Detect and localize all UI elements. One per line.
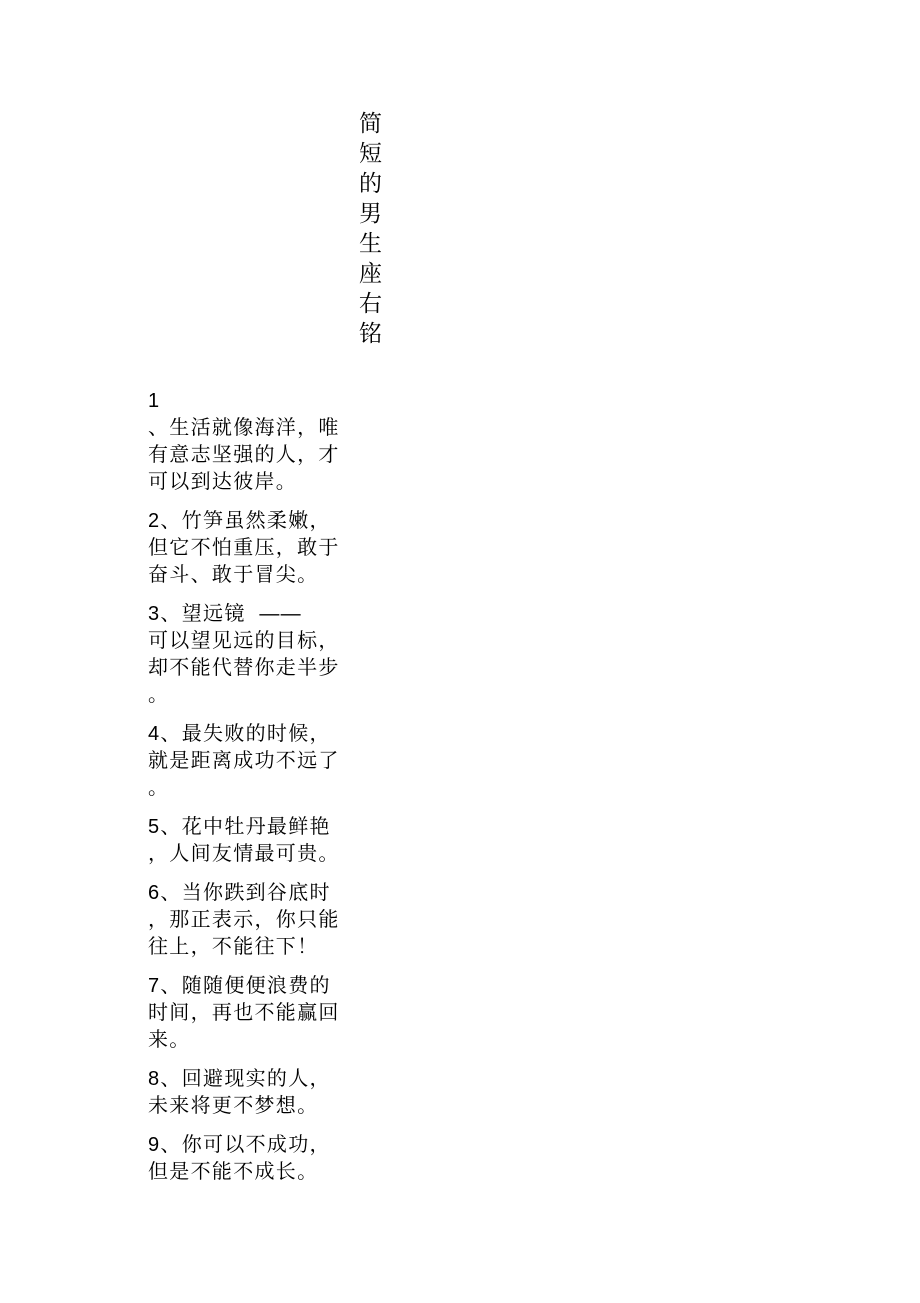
title-char: 的 [359, 168, 385, 198]
motto-line: 。 [148, 775, 388, 802]
motto-line: 就是距离成功不远了 [148, 748, 388, 775]
motto-item-5: 5、花中牡丹最鲜艳，人间友情最可贵。 [148, 814, 388, 868]
title-char: 简 [359, 108, 385, 138]
motto-item-7: 7、随随便便浪费的时间，再也不能赢回来。 [148, 973, 388, 1054]
title-char: 男 [359, 198, 385, 228]
motto-line: 。 [148, 682, 388, 709]
motto-line: 但是不能不成长。 [148, 1159, 388, 1186]
motto-line: 往上，不能往下！ [148, 934, 388, 961]
motto-line: 2、竹笋虽然柔嫩， [148, 508, 388, 535]
motto-line: 却不能代替你走半步 [148, 655, 388, 682]
motto-line: ，人间友情最可贵。 [148, 841, 388, 868]
motto-item-8: 8、回避现实的人，未来将更不梦想。 [148, 1066, 388, 1120]
motto-line: 奋斗、敢于冒尖。 [148, 562, 388, 589]
motto-line: 6、当你跌到谷底时 [148, 880, 388, 907]
document-title: 简短的男生座右铭 [359, 108, 385, 348]
motto-list: 1、生活就像海洋，唯有意志坚强的人，才可以到达彼岸。2、竹笋虽然柔嫩，但它不怕重… [148, 388, 388, 1198]
title-char: 短 [359, 138, 385, 168]
motto-line: 8、回避现实的人， [148, 1066, 388, 1093]
title-char: 铭 [359, 318, 385, 348]
motto-line: 9、你可以不成功， [148, 1132, 388, 1159]
motto-line: 来。 [148, 1027, 388, 1054]
motto-item-1: 1、生活就像海洋，唯有意志坚强的人，才可以到达彼岸。 [148, 388, 388, 496]
motto-line: 未来将更不梦想。 [148, 1093, 388, 1120]
motto-line: 3、望远镜 —— [148, 601, 388, 628]
motto-line: ，那正表示，你只能 [148, 907, 388, 934]
title-char: 右 [359, 288, 385, 318]
motto-line: 、生活就像海洋，唯 [148, 415, 388, 442]
motto-line: 可以望见远的目标， [148, 628, 388, 655]
motto-line: 1 [148, 388, 388, 415]
title-char: 生 [359, 228, 385, 258]
motto-item-4: 4、最失败的时候，就是距离成功不远了。 [148, 721, 388, 802]
motto-line: 但它不怕重压，敢于 [148, 535, 388, 562]
motto-line: 有意志坚强的人，才 [148, 442, 388, 469]
motto-line: 可以到达彼岸。 [148, 469, 388, 496]
motto-item-9: 9、你可以不成功，但是不能不成长。 [148, 1132, 388, 1186]
motto-item-6: 6、当你跌到谷底时，那正表示，你只能往上，不能往下！ [148, 880, 388, 961]
title-char: 座 [359, 258, 385, 288]
motto-item-3: 3、望远镜 ——可以望见远的目标，却不能代替你走半步。 [148, 601, 388, 709]
document-page: 简短的男生座右铭 1、生活就像海洋，唯有意志坚强的人，才可以到达彼岸。2、竹笋虽… [0, 0, 920, 1303]
motto-line: 4、最失败的时候， [148, 721, 388, 748]
motto-item-2: 2、竹笋虽然柔嫩，但它不怕重压，敢于奋斗、敢于冒尖。 [148, 508, 388, 589]
motto-line: 时间，再也不能赢回 [148, 1000, 388, 1027]
motto-line: 5、花中牡丹最鲜艳 [148, 814, 388, 841]
motto-line: 7、随随便便浪费的 [148, 973, 388, 1000]
